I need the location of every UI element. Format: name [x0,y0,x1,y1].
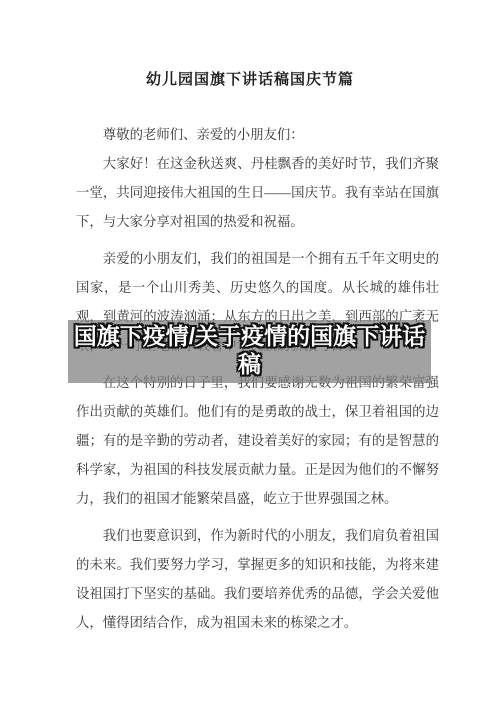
paragraph: 大家好！在这金秋送爽、丹桂飘香的美好时节，我们齐聚一堂，共同迎接伟大祖国的生日—… [76,149,439,236]
paragraph: 在这个特别的日子里，我们要感谢无数为祖国的繁荣富强作出贡献的英雄们。他们有的是勇… [76,368,439,513]
document-title: 幼儿园国旗下讲话稿国庆节篇 [0,70,500,90]
paragraph-greeting: 尊敬的老师们、亲爱的小朋友们： [76,120,439,149]
paragraph: 我们也要意识到，作为新时代的小朋友，我们肩负着祖国的未来。我们要努力学习，掌握更… [76,521,439,637]
document-page: 幼儿园国旗下讲话稿国庆节篇 尊敬的老师们、亲爱的小朋友们： 大家好！在这金秋送爽… [0,0,500,706]
watermark-text: 国旗下疫情/关于疫情的国旗下讲话稿 [68,320,431,378]
watermark-overlay: 国旗下疫情/关于疫情的国旗下讲话稿 [68,320,431,383]
